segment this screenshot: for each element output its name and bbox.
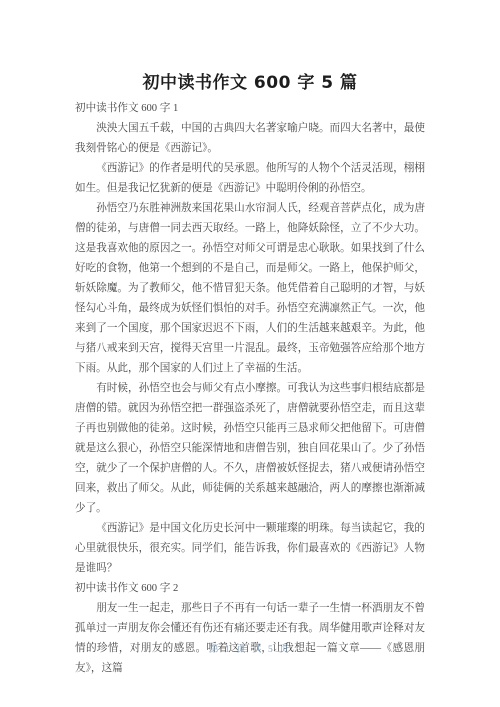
document-body: 初中读书作文 600 字 1泱泱大国五千载，中国的古典四大名著家喻户晓。而四大名…: [75, 99, 425, 679]
paragraph: 孙悟空乃东胜神洲敖来国花果山水帘洞人氏，经观音菩萨点化，成为唐僧的徒弟，与唐僧一…: [75, 199, 425, 379]
document-page: 初中读书作文 600 字 5 篇 初中读书作文 600 字 1泱泱大国五千载，中…: [0, 0, 500, 707]
section-heading: 初中读书作文 600 字 2: [75, 579, 425, 599]
page-number-indicator: 第 1 页 共 5 页: [0, 641, 500, 655]
paragraph: 朋友一生一起走，那些日子不再有一句话一辈子一生情一杯酒朋友不曾孤单过一声朋友你会…: [75, 599, 425, 679]
paragraph: 有时候，孙悟空也会与师父有点小摩擦。可我认为这些事归根结底都是唐僧的错。就因为孙…: [75, 379, 425, 519]
paragraph: 《西游记》的作者是明代的吴承恩。他所写的人物个个活灵活现，栩栩如生。但是我记忆犹…: [75, 159, 425, 199]
document-title: 初中读书作文 600 字 5 篇: [0, 0, 500, 95]
paragraph: 泱泱大国五千载，中国的古典四大名著家喻户晓。而四大名著中，最使我刻骨铭心的便是《…: [75, 119, 425, 159]
section-heading: 初中读书作文 600 字 1: [75, 99, 425, 119]
paragraph: 《西游记》是中国文化历史长河中一颗璀璨的明珠。每当读起它，我的心里就很快乐，很充…: [75, 519, 425, 579]
